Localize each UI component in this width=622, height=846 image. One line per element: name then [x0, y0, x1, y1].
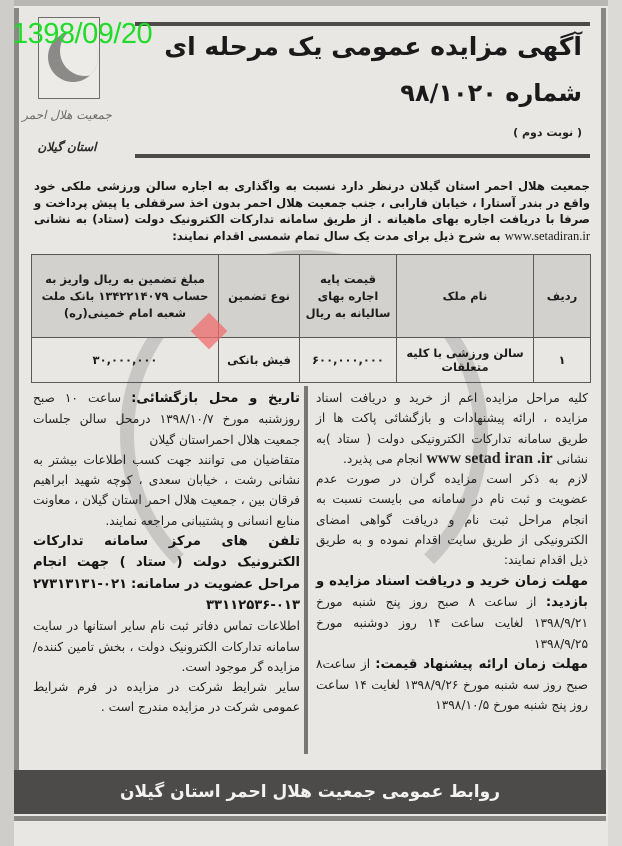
- footer-banner: روابط عمومی جمعیت هلال احمر استان گیلان: [14, 770, 606, 814]
- intro-text-end: به شرح ذیل برای مدت یک سال تمام شمسی اقد…: [172, 229, 500, 243]
- setad-url-link[interactable]: www setad iran .ir: [426, 450, 552, 467]
- cell-property-name: سالن ورزشی با کلیه متعلقات: [397, 338, 534, 383]
- ad-title: آگهی مزایده عمومی یک مرحله ای: [164, 32, 582, 61]
- document-deadline-paragraph: مهلت زمان خرید و دریافت اسناد مزایده و ب…: [316, 571, 588, 654]
- registration-paragraph: لازم به ذکر است مزایده گران در صورت عدم …: [316, 469, 588, 570]
- header-guarantee-amount: مبلغ تضمین به ریال واریز به حساب ۱۳۴۲۲۱۴…: [32, 255, 219, 338]
- footer-underline: [14, 816, 606, 821]
- process-paragraph: کلیه مراحل مزایده اعم از خرید و دریافت ا…: [316, 388, 588, 469]
- auction-table: ردیف نام ملک قیمت پایه اجاره بهای سالیان…: [31, 254, 591, 383]
- intro-paragraph: جمعیت هلال احمر استان گیلان درنظر دارد ن…: [34, 178, 590, 244]
- ad-turn: ( نوبت دوم ): [513, 126, 582, 139]
- column-separator: [304, 386, 308, 754]
- bid-deadline-label: مهلت زمان ارائه پیشنهاد قیمت:: [375, 657, 588, 672]
- date-stamp: 1398/09/20: [12, 18, 152, 51]
- intro-url-link[interactable]: www.setadiran.ir: [505, 229, 590, 243]
- header-property-name: نام ملک: [397, 255, 534, 338]
- ad-number: شماره ۹۸/۱۰۲۰: [400, 79, 582, 107]
- phones-paragraph: تلفن های مرکز سامانه تدارکات الکترونیک د…: [33, 531, 300, 616]
- page-left-edge: [0, 0, 14, 846]
- process-text-end: انجام می پذیرد.: [343, 452, 423, 466]
- cell-guarantee-amount: ۳۰,۰۰۰,۰۰۰: [32, 338, 219, 383]
- other-conditions-paragraph: سایر شرایط شرکت در مزایده در فرم شرایط ع…: [33, 677, 300, 718]
- cell-guarantee-type: فیش بانکی: [219, 338, 300, 383]
- table-header-row: ردیف نام ملک قیمت پایه اجاره بهای سالیان…: [32, 255, 591, 338]
- intro-text: جمعیت هلال احمر استان گیلان درنظر دارد ن…: [34, 179, 590, 226]
- header-rule-top: [135, 22, 590, 26]
- logo-province-name: استان گیلان: [22, 140, 112, 154]
- logo-org-name: جمعیت هلال احمر: [22, 108, 112, 122]
- table-row: ۱ سالن ورزشی با کلیه متعلقات ۶۰۰,۰۰۰,۰۰۰…: [32, 338, 591, 383]
- contact-address-paragraph: متقاضیان می توانند جهت کسب اطلاعات بیشتر…: [33, 450, 300, 531]
- provincial-offices-paragraph: اطلاعات تماس دفاتر ثبت نام سایر استانها …: [33, 616, 300, 677]
- cell-row-number: ۱: [534, 338, 591, 383]
- opening-paragraph: تاریخ و محل بازگشائی: ساعت ۱۰ صبح روزشنب…: [33, 388, 300, 450]
- page-right-edge: [608, 0, 622, 846]
- header-base-price: قیمت پایه اجاره بهای سالیانه به ریال: [300, 255, 397, 338]
- bid-deadline-paragraph: مهلت زمان ارائه پیشنهاد قیمت: از ساعت۸ ص…: [316, 654, 588, 716]
- right-column: کلیه مراحل مزایده اعم از خرید و دریافت ا…: [316, 388, 588, 716]
- footer-text: روابط عمومی جمعیت هلال احمر استان گیلان: [120, 782, 500, 802]
- cell-base-price: ۶۰۰,۰۰۰,۰۰۰: [300, 338, 397, 383]
- header-rule-bottom: [135, 154, 590, 158]
- page-top-edge: [0, 0, 622, 6]
- header-guarantee-type: نوع تضمین: [219, 255, 300, 338]
- left-column: تاریخ و محل بازگشائی: ساعت ۱۰ صبح روزشنب…: [33, 388, 300, 718]
- header-row-number: ردیف: [534, 255, 591, 338]
- opening-label: تاریخ و محل بازگشائی:: [131, 391, 300, 406]
